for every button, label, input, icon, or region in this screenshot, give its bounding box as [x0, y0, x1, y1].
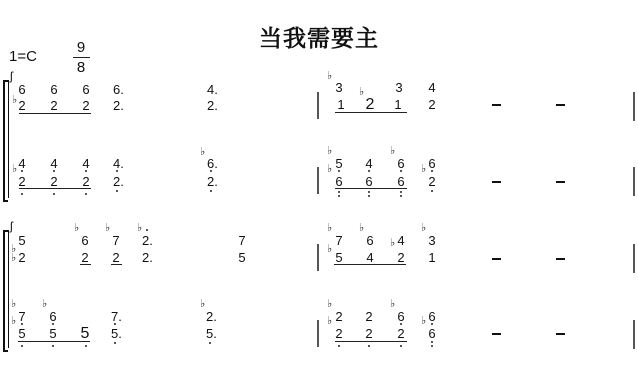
note: 2 — [17, 251, 27, 264]
barline — [317, 92, 319, 119]
barline-end — [633, 244, 635, 273]
note: 5 — [80, 326, 90, 341]
low-octave-dot — [116, 170, 118, 172]
low-octave-dot — [85, 170, 87, 172]
note: 1 — [393, 98, 403, 111]
low-octave-dot — [368, 195, 370, 197]
low-octave-dot — [368, 170, 370, 172]
note: 6. — [207, 157, 229, 170]
flat-icon: ♭ — [421, 163, 426, 174]
low-octave-dot — [400, 195, 402, 197]
beam-underline — [18, 341, 90, 342]
note: 2 — [80, 251, 90, 264]
low-octave-dot — [338, 195, 340, 197]
flat-icon: ♭ — [327, 315, 332, 326]
note: 5 — [17, 234, 27, 247]
flat-icon: ♭ — [390, 237, 395, 248]
note: 2 — [81, 99, 91, 112]
flat-icon: ♭ — [390, 298, 395, 309]
low-octave-dot — [368, 345, 370, 347]
note: 6. — [113, 83, 135, 96]
note: 2. — [142, 251, 164, 264]
note: 3 — [334, 81, 344, 94]
barline — [317, 320, 319, 347]
low-octave-dot — [21, 323, 23, 325]
note: 4 — [364, 157, 374, 170]
note: 2 — [427, 98, 437, 111]
flat-icon: ♭ — [11, 252, 16, 263]
score-title: 当我需要主 — [0, 20, 638, 53]
rest-dash — [492, 181, 501, 183]
brace-hook-icon: ʃ — [10, 70, 13, 82]
flat-icon: ♭ — [327, 298, 332, 309]
flat-icon: ♭ — [359, 86, 364, 97]
note: 4 — [17, 157, 27, 170]
note: 2 — [17, 99, 27, 112]
note: 4 — [365, 251, 375, 264]
note: 2. — [207, 99, 229, 112]
note: 3 — [394, 81, 404, 94]
note: 4 — [427, 81, 437, 94]
rest-dash — [556, 181, 565, 183]
note: 5 — [334, 251, 344, 264]
note: 5 — [48, 327, 58, 340]
note: 6 — [396, 310, 406, 323]
flat-icon: ♭ — [421, 222, 426, 233]
low-octave-dot — [431, 341, 433, 343]
barline-end — [633, 167, 635, 196]
note: 2. — [113, 99, 135, 112]
beam-underline — [335, 341, 407, 342]
note: 2 — [396, 327, 406, 340]
low-octave-dot — [21, 170, 23, 172]
flat-icon: ♭ — [327, 222, 332, 233]
low-octave-dot — [431, 170, 433, 172]
flat-icon: ♭ — [200, 298, 205, 309]
note: 6 — [17, 83, 27, 96]
low-octave-dot — [431, 345, 433, 347]
low-octave-dot — [431, 323, 433, 325]
note: 6 — [48, 310, 58, 323]
note: 4 — [49, 157, 59, 170]
beam-underline — [335, 112, 407, 113]
low-octave-dot — [368, 191, 370, 193]
flat-icon: ♭ — [359, 222, 364, 233]
note: 2 — [365, 97, 375, 112]
low-octave-dot — [338, 345, 340, 347]
low-octave-dot — [85, 345, 87, 347]
low-octave-dot — [52, 345, 54, 347]
note: 3 — [427, 234, 437, 247]
note: 2 — [334, 327, 344, 340]
note: 6 — [334, 175, 344, 188]
note: 6 — [81, 83, 91, 96]
note: 4. — [207, 83, 229, 96]
note: 2 — [111, 251, 121, 264]
low-octave-dot — [114, 323, 116, 325]
low-octave-dot — [400, 170, 402, 172]
low-octave-dot — [53, 170, 55, 172]
note: 6 — [49, 83, 59, 96]
note: 1 — [336, 98, 346, 111]
flat-icon: ♭ — [137, 222, 142, 233]
note: 2 — [17, 175, 27, 188]
note: 4 — [81, 157, 91, 170]
note: 2 — [427, 175, 437, 188]
low-octave-dot — [338, 191, 340, 193]
key-signature: 1=C — [9, 48, 37, 65]
low-octave-dot — [116, 190, 118, 192]
note: 7 — [237, 234, 247, 247]
note: 6 — [364, 175, 374, 188]
note: 6 — [427, 310, 437, 323]
note: 6 — [365, 234, 375, 247]
note: 5 — [17, 327, 27, 340]
low-octave-dot — [209, 342, 211, 344]
flat-icon: ♭ — [11, 298, 16, 309]
note: 7 — [334, 234, 344, 247]
note: 2 — [396, 251, 406, 264]
note: 5. — [206, 327, 228, 340]
flat-icon: ♭ — [327, 145, 332, 156]
note: 4 — [396, 234, 406, 247]
low-octave-dot — [21, 345, 23, 347]
note: 6 — [427, 157, 437, 170]
rest-dash — [556, 104, 565, 106]
flat-icon: ♭ — [74, 222, 79, 233]
note: 2 — [334, 310, 344, 323]
note: 2. — [207, 175, 229, 188]
time-signature-bottom: 8 — [74, 59, 88, 76]
low-octave-dot — [210, 190, 212, 192]
note: 2. — [113, 175, 135, 188]
brace-inner-line — [8, 230, 9, 348]
flat-icon: ♭ — [200, 146, 205, 157]
barline-end — [633, 320, 635, 349]
beam-underline — [111, 264, 122, 265]
low-octave-dot — [85, 193, 87, 195]
rest-dash — [556, 258, 565, 260]
low-octave-dot — [400, 345, 402, 347]
low-octave-dot — [21, 193, 23, 195]
note: 7 — [17, 310, 27, 323]
note: 7 — [111, 234, 121, 247]
note: 6 — [427, 327, 437, 340]
brace-inner-line — [8, 80, 9, 198]
low-octave-dot — [431, 190, 433, 192]
low-octave-dot — [400, 323, 402, 325]
note: 5 — [334, 157, 344, 170]
flat-icon: ♭ — [42, 298, 47, 309]
brace-hook-icon: ʃ — [10, 220, 13, 232]
flat-icon: ♭ — [327, 163, 332, 174]
note: 2. — [206, 310, 228, 323]
rest-dash — [492, 104, 501, 106]
barline-end — [633, 92, 635, 121]
barline — [317, 167, 319, 194]
note: 5 — [237, 251, 247, 264]
high-octave-dot — [146, 229, 148, 231]
rest-dash — [556, 333, 565, 335]
rest-dash — [492, 258, 501, 260]
rest-dash — [492, 333, 501, 335]
flat-icon: ♭ — [327, 70, 332, 81]
flat-icon: ♭ — [421, 315, 426, 326]
beam-underline — [335, 188, 407, 189]
flat-icon: ♭ — [11, 315, 16, 326]
note: 5. — [111, 327, 133, 340]
note: 6 — [396, 175, 406, 188]
note: 2. — [142, 234, 164, 247]
note: 2 — [49, 99, 59, 112]
low-octave-dot — [338, 170, 340, 172]
note: 7. — [111, 310, 133, 323]
note: 6 — [396, 157, 406, 170]
time-signature-line — [73, 57, 90, 58]
beam-underline — [80, 264, 91, 265]
low-octave-dot — [53, 193, 55, 195]
note: 1 — [427, 251, 437, 264]
flat-icon: ♭ — [105, 222, 110, 233]
note: 2 — [364, 310, 374, 323]
beam-underline — [334, 264, 406, 265]
low-octave-dot — [210, 170, 212, 172]
note: 2 — [364, 327, 374, 340]
barline — [317, 244, 319, 271]
note: 2 — [49, 175, 59, 188]
time-signature-top: 9 — [74, 39, 88, 56]
note: 2 — [81, 175, 91, 188]
beam-underline — [19, 113, 91, 114]
low-octave-dot — [52, 323, 54, 325]
beam-underline — [19, 188, 91, 189]
note: 4. — [113, 157, 135, 170]
flat-icon: ♭ — [390, 145, 395, 156]
low-octave-dot — [400, 191, 402, 193]
note: 6 — [80, 234, 90, 247]
flat-icon: ♭ — [327, 243, 332, 254]
low-octave-dot — [114, 342, 116, 344]
